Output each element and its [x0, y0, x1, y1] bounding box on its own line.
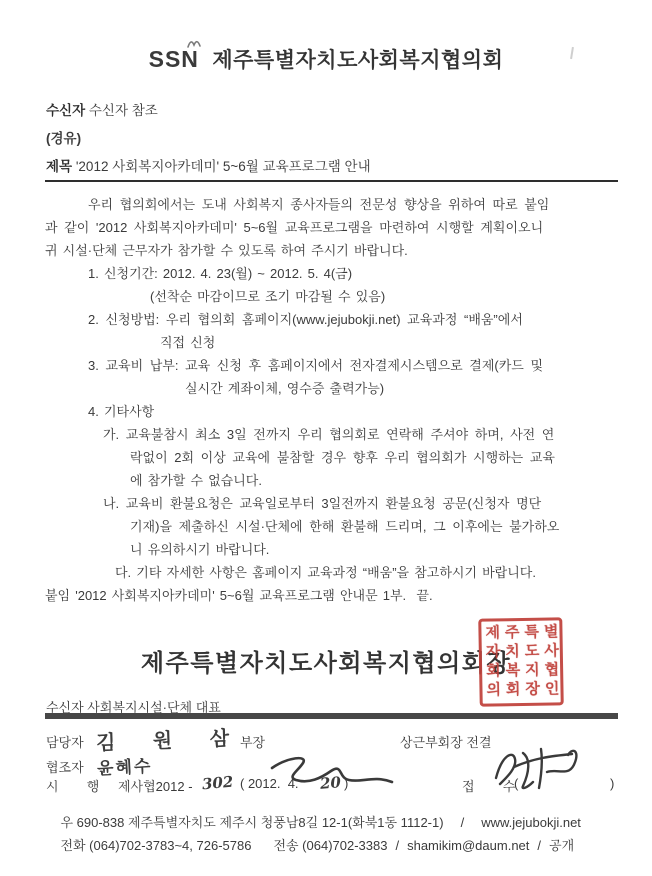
receipt-paren-open: (: [514, 776, 518, 791]
butterfly-logo-icon: [185, 37, 202, 49]
body-line: 에 참가할 수 없습니다.: [45, 469, 625, 492]
document-page: SSN 제주특별자치도사회복지협의회 수신자 수신자 참조 (경유) 제목 '2…: [0, 0, 652, 876]
document-number-handwritten: 302: [201, 773, 234, 794]
letterhead: SSN 제주특별자치도사회복지협의회: [0, 44, 652, 74]
subject-divider: [45, 180, 618, 182]
subject-value: '2012 사회복지아카데미' 5~6월 교육프로그램 안내: [72, 159, 371, 174]
recipient-value: 수신자 참조: [85, 103, 158, 118]
document-number: 제사협2012 -: [118, 776, 193, 795]
receipt-paren-close: ): [610, 776, 614, 791]
body-line: 니 유의하시기 바랍니다.: [45, 538, 625, 561]
manager-label: 담당자: [46, 732, 84, 751]
organization-name: 제주특별자치도사회복지협의회: [212, 44, 503, 74]
execution-label: 시 행: [46, 776, 106, 795]
seal-row: 자치도사: [486, 642, 556, 662]
attachment-line: 붙임 '2012 사회복지아카데미' 5~6월 교육프로그램 안내문 1부. 끝…: [45, 584, 625, 607]
body-line: 기재)을 제출하신 시설·단체에 한해 환불해 드리며, 그 이후에는 불가하오: [45, 515, 625, 538]
via-line: (경유): [46, 127, 81, 147]
execution-date-close: ): [344, 776, 348, 791]
seal-row: 의회장인: [486, 680, 556, 700]
manager-handwritten-name: 김 원 삼: [96, 721, 246, 755]
separator-slash: /: [395, 838, 399, 853]
body-line: 귀 시설·단체 근무자가 참가할 수 있도록 하여 주시기 바랍니다.: [45, 239, 625, 262]
separator-slash: /: [537, 838, 541, 853]
execution-date: ( 2012. 4.: [240, 776, 299, 791]
body-line: 직접 신청: [45, 331, 625, 354]
contact-row: 전화 (064)702-3783~4, 726-5786전송 (064)702-…: [46, 820, 646, 869]
chairman-approval-label: 상근부회장 전결: [400, 732, 492, 751]
official-seal-stamp: 제주특별 자치도사 회복지협 의회장인: [478, 617, 564, 706]
disclosure-status: 공개: [549, 838, 574, 853]
seal-row: 회복지협: [486, 661, 556, 681]
subject-line: 제목 '2012 사회복지아카데미' 5~6월 교육프로그램 안내: [46, 155, 371, 175]
fax-number: 전송 (064)702-3383: [273, 838, 387, 853]
body-line: 3. 교육비 납부: 교육 신청 후 홈페이지에서 전자결제시스템으로 결제(카…: [45, 354, 625, 377]
recipient-line: 수신자 수신자 참조: [46, 99, 158, 119]
ssn-logo-text: SSN: [149, 46, 199, 72]
director-label: 부장: [240, 732, 265, 751]
phone-numbers: 전화 (064)702-3783~4, 726-5786: [60, 838, 251, 853]
body-line: 나. 교육비 환불요청은 교육일로부터 3일전까지 환불요청 공문(신청자 명단: [45, 492, 625, 515]
body-line: 4. 기타사항: [45, 400, 625, 423]
body-line: (선착순 마감이므로 조기 마감될 수 있음): [45, 285, 625, 308]
body-line: 2. 신청방법: 우리 협의회 홈페이지(www.jejubokji.net) …: [45, 308, 625, 331]
body-line: 우리 협의회에서는 도내 사회복지 종사자들의 전문성 향상을 위하여 따로 붙…: [45, 193, 625, 216]
recipient-label: 수신자: [46, 103, 85, 118]
execution-day-handwritten: 20: [319, 773, 341, 793]
body-line: 락없이 2회 이상 교육에 불참할 경우 향후 우리 협의회가 시행하는 교육: [45, 446, 625, 469]
execution-row: 시 행 제사협2012 - 302 ( 2012. 4. 20 ) 접 수 ( …: [0, 774, 652, 796]
body-line: 실시간 계좌이체, 영수증 출력가능): [45, 377, 625, 400]
ssn-logo: SSN: [149, 46, 199, 73]
seal-row: 제주특별: [485, 623, 555, 643]
body-text: 우리 협의회에서는 도내 사회복지 종사자들의 전문성 향상을 위하여 따로 붙…: [45, 193, 625, 607]
body-line: 1. 신청기간: 2012. 4. 23(월) ~ 2012. 5. 4(금): [45, 262, 625, 285]
body-line: 다. 기타 자세한 사항은 홈페이지 교육과정 “배움”을 참고하시기 바랍니다…: [45, 561, 625, 584]
email-address: shamikim@daum.net: [407, 838, 529, 853]
body-line: 가. 교육불참시 최소 3일 전까지 우리 협의회로 연락해 주셔야 하며, 사…: [45, 423, 625, 446]
body-line: 과 같이 '2012 사회복지아카데미' 5~6월 교육프로그램을 마련하여 시…: [45, 216, 625, 239]
subject-label: 제목: [46, 159, 72, 174]
